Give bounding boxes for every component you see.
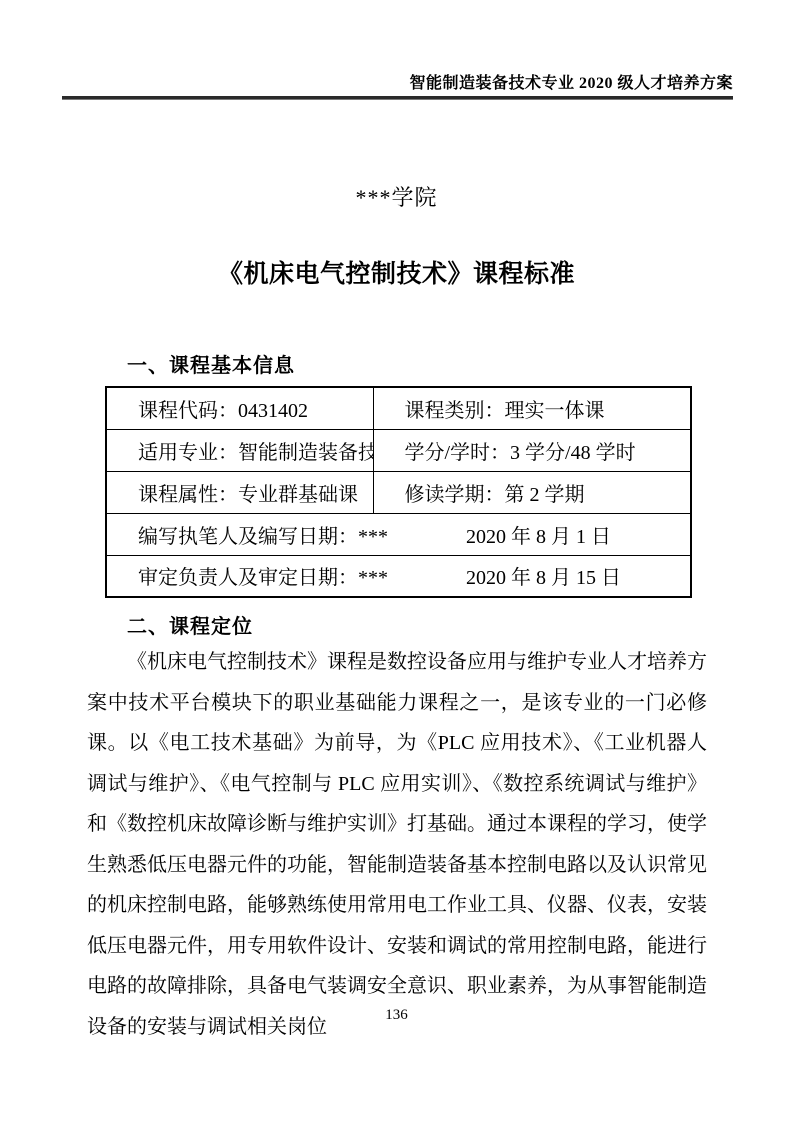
document-page: 智能制造装备技术专业 2020 级人才培养方案 ***学院 《机床电气控制技术》… <box>0 0 793 1122</box>
page-number: 136 <box>0 1007 793 1024</box>
section-heading-basic-info: 一、课程基本信息 <box>87 349 295 378</box>
table-row: 编写执笔人及编写日期：***2020 年 8 月 1 日 <box>106 513 691 555</box>
write-date: 2020 年 8 月 1 日 <box>466 520 611 549</box>
document-title: 《机床电气控制技术》课程标准 <box>0 254 793 290</box>
cell-applicable-major: 适用专业：智能制造装备技术 <box>106 429 373 471</box>
course-position-paragraph: 《机床电气控制技术》课程是数控设备应用与维护专业人才培养方案中技术平台模块下的职… <box>87 642 707 1047</box>
cell-course-code: 课程代码：0431402 <box>106 387 373 429</box>
reviewer-label: 审定负责人及审定日期：*** <box>138 567 388 589</box>
table-row: 课程属性：专业群基础课 修读学期：第 2 学期 <box>106 471 691 513</box>
table-row: 审定负责人及审定日期：***2020 年 8 月 15 日 <box>106 555 691 597</box>
running-header-text: 智能制造装备技术专业 2020 级人才培养方案 <box>62 70 733 93</box>
cell-study-semester: 修读学期：第 2 学期 <box>373 471 691 513</box>
header-double-rule <box>62 96 733 100</box>
school-title: ***学院 <box>0 181 793 212</box>
review-date: 2020 年 8 月 15 日 <box>466 561 621 590</box>
cell-credits-hours: 学分/学时：3 学分/48 学时 <box>373 429 691 471</box>
author-label: 编写执笔人及编写日期：*** <box>138 526 388 548</box>
section-heading-course-position: 二、课程定位 <box>87 610 253 639</box>
cell-course-category: 课程类别：理实一体课 <box>373 387 691 429</box>
cell-course-attribute: 课程属性：专业群基础课 <box>106 471 373 513</box>
table-row: 课程代码：0431402 课程类别：理实一体课 <box>106 387 691 429</box>
cell-author-and-date: 编写执笔人及编写日期：***2020 年 8 月 1 日 <box>106 513 691 555</box>
course-info-table: 课程代码：0431402 课程类别：理实一体课 适用专业：智能制造装备技术 学分… <box>105 386 692 598</box>
table-row: 适用专业：智能制造装备技术 学分/学时：3 学分/48 学时 <box>106 429 691 471</box>
cell-reviewer-and-date: 审定负责人及审定日期：***2020 年 8 月 15 日 <box>106 555 691 597</box>
